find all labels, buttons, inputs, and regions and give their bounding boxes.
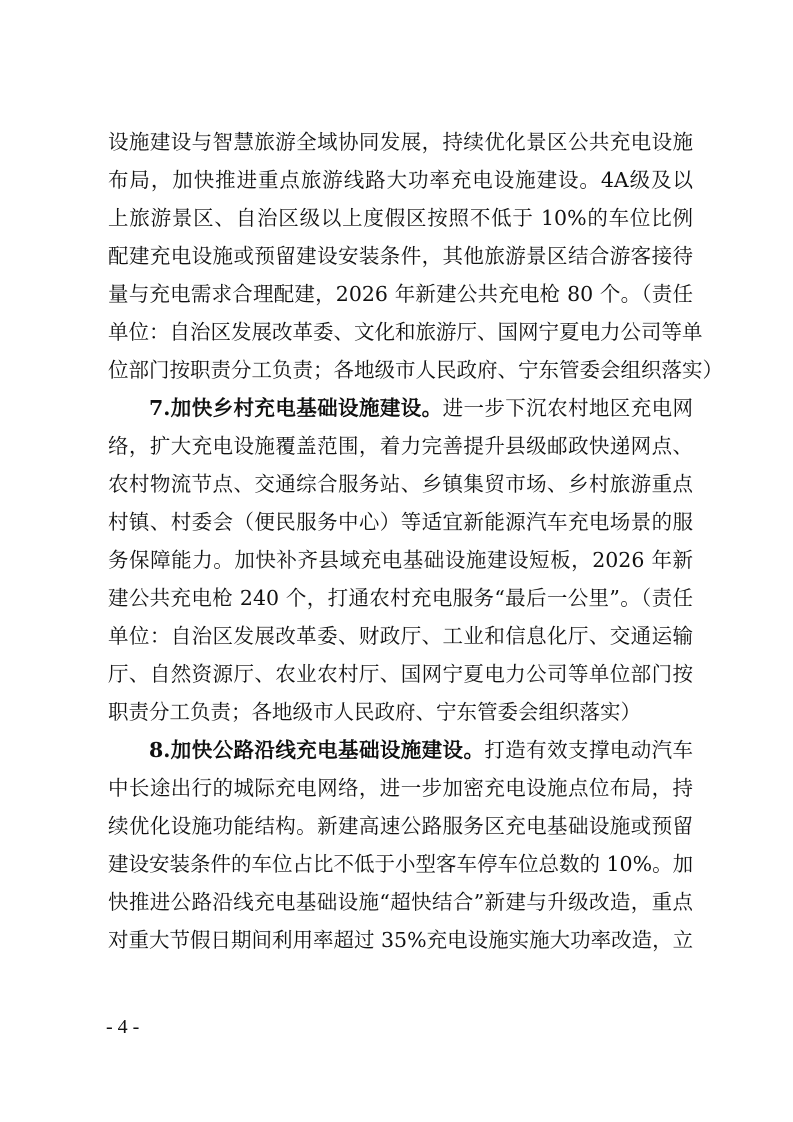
text-line: 单位：自治区发展改革委、文化和旅游厅、国网宁夏电力公司等单 (108, 313, 693, 351)
text-line: 职责分工负责；各地级市人民政府、宁东管委会组织落实） (108, 693, 693, 731)
text-line: 村镇、村委会（便民服务中心）等适宜新能源汽车充电场景的服 (108, 503, 693, 541)
item-8-first-line: 8.加快公路沿线充电基础设施建设。打造有效支撑电动汽车 (108, 731, 693, 769)
text-line: 厅、自然资源厅、农业农村厅、国网宁夏电力公司等单位部门按 (108, 655, 693, 693)
text-line: 务保障能力。加快补齐县域充电基础设施建设短板，2026 年新 (108, 541, 693, 579)
text-line: 布局，加快推进重点旅游线路大功率充电设施建设。4A级及以 (108, 161, 693, 199)
text-line: 量与充电需求合理配建，2026 年新建公共充电枪 80 个。（责任 (108, 275, 693, 313)
item-7-first-line: 7.加快乡村充电基础设施建设。进一步下沉农村地区充电网 (108, 389, 693, 427)
text-line: 配建充电设施或预留建设安装条件，其他旅游景区结合游客接待 (108, 237, 693, 275)
text-line: 农村物流节点、交通综合服务站、乡镇集贸市场、乡村旅游重点 (108, 465, 693, 503)
text-line: 中长途出行的城际充电网络，进一步加密充电设施点位布局，持 (108, 769, 693, 807)
item-8-heading: 8.加快公路沿线充电基础设施建设。 (149, 738, 484, 762)
text-line: 上旅游景区、自治区级以上度假区按照不低于 10%的车位比例 (108, 199, 693, 237)
document-body: 设施建设与智慧旅游全域协同发展，持续优化景区公共充电设施 布局，加快推进重点旅游… (108, 123, 693, 959)
text-line: 建公共充电枪 240 个，打通农村充电服务“最后一公里”。（责任 (108, 579, 693, 617)
item-8-text: 打造有效支撑电动汽车 (484, 738, 693, 762)
text-line: 设施建设与智慧旅游全域协同发展，持续优化景区公共充电设施 (108, 123, 693, 161)
document-page: 设施建设与智慧旅游全域协同发展，持续优化景区公共充电设施 布局，加快推进重点旅游… (0, 0, 793, 1122)
text-line: 位部门按职责分工负责；各地级市人民政府、宁东管委会组织落实） (108, 351, 693, 389)
page-number: - 4 - (106, 1016, 139, 1039)
text-line: 络，扩大充电设施覆盖范围，着力完善提升县级邮政快递网点、 (108, 427, 693, 465)
text-line: 建设安装条件的车位占比不低于小型客车停车位总数的 10%。加 (108, 845, 693, 883)
text-line: 快推进公路沿线充电基础设施“超快结合”新建与升级改造，重点 (108, 883, 693, 921)
text-line: 单位：自治区发展改革委、财政厅、工业和信息化厅、交通运输 (108, 617, 693, 655)
text-line: 续优化设施功能结构。新建高速公路服务区充电基础设施或预留 (108, 807, 693, 845)
text-line: 对重大节假日期间利用率超过 35%充电设施实施大功率改造，立 (108, 921, 693, 959)
item-7-text: 进一步下沉农村地区充电网 (443, 396, 693, 420)
item-7-heading: 7.加快乡村充电基础设施建设。 (149, 396, 443, 420)
